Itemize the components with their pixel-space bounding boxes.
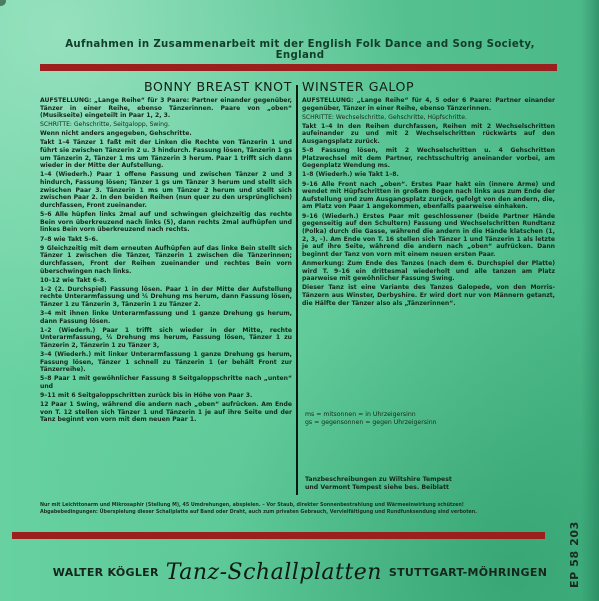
recording-credit: Aufnahmen in Zusammenarbeit mit der Engl… — [40, 39, 560, 61]
sleeve-wear-mark — [0, 0, 6, 6]
dance-winster-galop: WINSTER GALOP AUFSTELLUNG: „Lange Reihe“… — [302, 80, 555, 309]
paragraph: 1–2 (2. Durchspiel) Fassung lösen. Paar … — [40, 286, 292, 309]
paragraph: 5–8 Paar 1 mit gewöhnlicher Fassung 8 Se… — [40, 375, 292, 390]
bottom-red-rule — [272, 532, 545, 539]
paragraph: 5–8 Fassung lösen, mit 2 Wechselschritte… — [302, 147, 555, 170]
paragraph: SCHRITTE: Gehschritte, Seitgalopp, Swing… — [40, 121, 292, 129]
paragraph: 1–2 (Wiederh.) Paar 1 trifft sich wieder… — [40, 327, 292, 350]
catalog-number: EP 58 203 — [568, 521, 581, 588]
paragraph: 1–4 (Wiederh.) Paar 1 offene Fassung und… — [40, 171, 292, 209]
paragraph: Wenn nicht anders angegeben, Gehschritte… — [40, 130, 292, 138]
paragraph: Dieser Tanz ist eine Variante des Tanzes… — [302, 284, 555, 307]
paragraph: AUFSTELLUNG: „Lange Reihe“ für 4, 5 oder… — [302, 97, 555, 112]
bottom-red-rule — [12, 532, 272, 539]
paragraph: 9–16 (Wiederh.) Erstes Paar mit geschlos… — [302, 213, 555, 259]
supplement-note: Tanzbeschreibungen zu Wiltshire Tempest … — [305, 476, 452, 492]
paragraph: SCHRITTE: Wechselschritte, Gehschritte, … — [302, 114, 555, 122]
paragraph: Takt 1–4 In den Reihen durchfassen, Reih… — [302, 123, 555, 146]
fine-print-line: Nur mit Leichttonarm und Mikrosaphir (St… — [40, 502, 557, 509]
fine-print-line: Abgabebedingungen: Überspielung dieser S… — [40, 509, 557, 516]
dance-bonny-breast-knot: BONNY BREAST KNOT AUFSTELLUNG: „Lange Re… — [40, 80, 292, 426]
paragraph: 10–12 wie Takt 6–8. — [40, 277, 292, 285]
paragraph: 9–16 Alle Front nach „oben“. Erstes Paar… — [302, 181, 555, 212]
paragraph: 3–4 (Wiederh.) mit linker Unterarmfassun… — [40, 351, 292, 374]
paragraph: Takt 1–4 Tänzer 1 faßt mit der Linken di… — [40, 139, 292, 170]
legend-ms: ms = mitsonnen = in Uhrzeigersinn — [305, 411, 437, 419]
abbreviation-legend: ms = mitsonnen = in Uhrzeigersinn gs = g… — [305, 411, 437, 427]
note-line: und Vermont Tempest siehe bes. Beiblatt — [305, 484, 452, 492]
paragraph: 12 Paar 1 Swing, während die andern nach… — [40, 401, 292, 424]
paragraph: 7–8 wie Takt 5–6. — [40, 236, 292, 244]
dance-title: WINSTER GALOP — [302, 80, 555, 94]
playback-fine-print: Nur mit Leichttonarm und Mikrosaphir (St… — [40, 502, 557, 516]
note-line: Tanzbeschreibungen zu Wiltshire Tempest — [305, 476, 452, 484]
publisher-name: WALTER KÖGLER — [53, 566, 159, 579]
paragraph: 5–6 Alle hüpfen links 2mal auf und schwi… — [40, 211, 292, 234]
paragraph: 9 Gleichzeitig mit dem erneuten Aufhüpfe… — [40, 245, 292, 276]
paragraph: 1–8 (Wiederh.) wie Takt 1–8. — [302, 171, 555, 179]
paragraph: 3–4 mit ihnen linke Unterarmfassung und … — [40, 310, 292, 325]
column-divider — [296, 85, 298, 495]
dance-title: BONNY BREAST KNOT — [40, 80, 292, 94]
paragraph: 9–11 mit 6 Seitgaloppschritten zurück bi… — [40, 392, 292, 400]
publisher-city: STUTTGART-MÖHRINGEN — [389, 566, 547, 579]
top-red-rule — [40, 64, 557, 71]
legend-gs: gs = gegensonnen = gegen Uhrzeigersinn — [305, 419, 437, 427]
paragraph: Anmerkung: Zum Ende des Tanzes (nach dem… — [302, 260, 555, 283]
paragraph: AUFSTELLUNG: „Lange Reihe“ für 3 Paare: … — [40, 97, 292, 120]
brand-logo-script: Tanz-Schallplatten — [166, 560, 382, 585]
label-footer: WALTER KÖGLER Tanz-Schallplatten STUTTGA… — [40, 552, 560, 592]
